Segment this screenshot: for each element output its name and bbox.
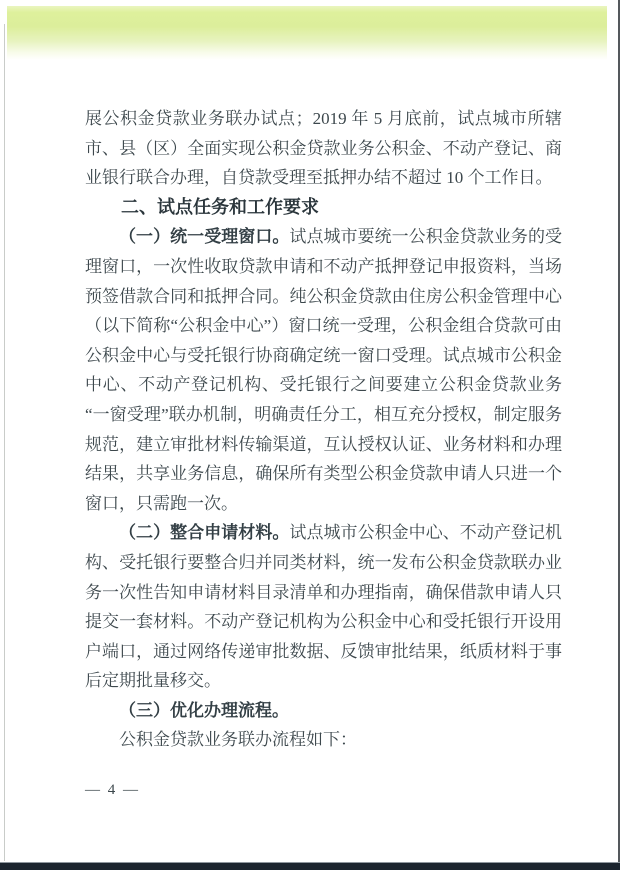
paragraph-continuation: 展公积金贷款业务联办试点；2019 年 5 月底前，试点城市所辖市、县（区）全面… xyxy=(85,104,562,193)
paragraph-item-3: （三）优化办理流程。 xyxy=(85,696,562,726)
paragraph-lead: （一）统一受理窗口。 xyxy=(119,227,289,246)
paragraph-lead: （二）整合申请材料。 xyxy=(119,523,289,542)
scan-edge-bottom xyxy=(0,862,620,870)
paragraph-lead: （三）优化办理流程。 xyxy=(119,701,289,720)
paragraph-text: 试点城市公积金中心、不动产登记机构、受托银行要整合归并同类材料，统一发布公积金贷… xyxy=(85,523,562,690)
document-body: 展公积金贷款业务联办试点；2019 年 5 月底前，试点城市所辖市、县（区）全面… xyxy=(85,104,562,755)
paragraph-item-4: 公积金贷款业务联办流程如下： xyxy=(85,725,562,755)
paragraph-item-2: （二）整合申请材料。试点城市公积金中心、不动产登记机构、受托银行要整合归并同类材… xyxy=(85,518,562,696)
paragraph-text: 公积金贷款业务联办流程如下： xyxy=(119,730,357,749)
paragraph-item-1: （一）统一受理窗口。试点城市要统一公积金贷款业务的受理窗口，一次性收取贷款申请和… xyxy=(85,222,562,518)
page-number: — 4 — xyxy=(85,782,140,799)
paragraph-text: 试点城市要统一公积金贷款业务的受理窗口，一次性收取贷款申请和不动产抵押登记申报资… xyxy=(85,227,562,512)
section-heading: 二、试点任务和工作要求 xyxy=(85,193,562,223)
page-top-green-decoration xyxy=(7,6,607,60)
scan-edge-left xyxy=(4,24,5,861)
scanned-document-page: 展公积金贷款业务联办试点；2019 年 5 月底前，试点城市所辖市、县（区）全面… xyxy=(0,0,620,870)
